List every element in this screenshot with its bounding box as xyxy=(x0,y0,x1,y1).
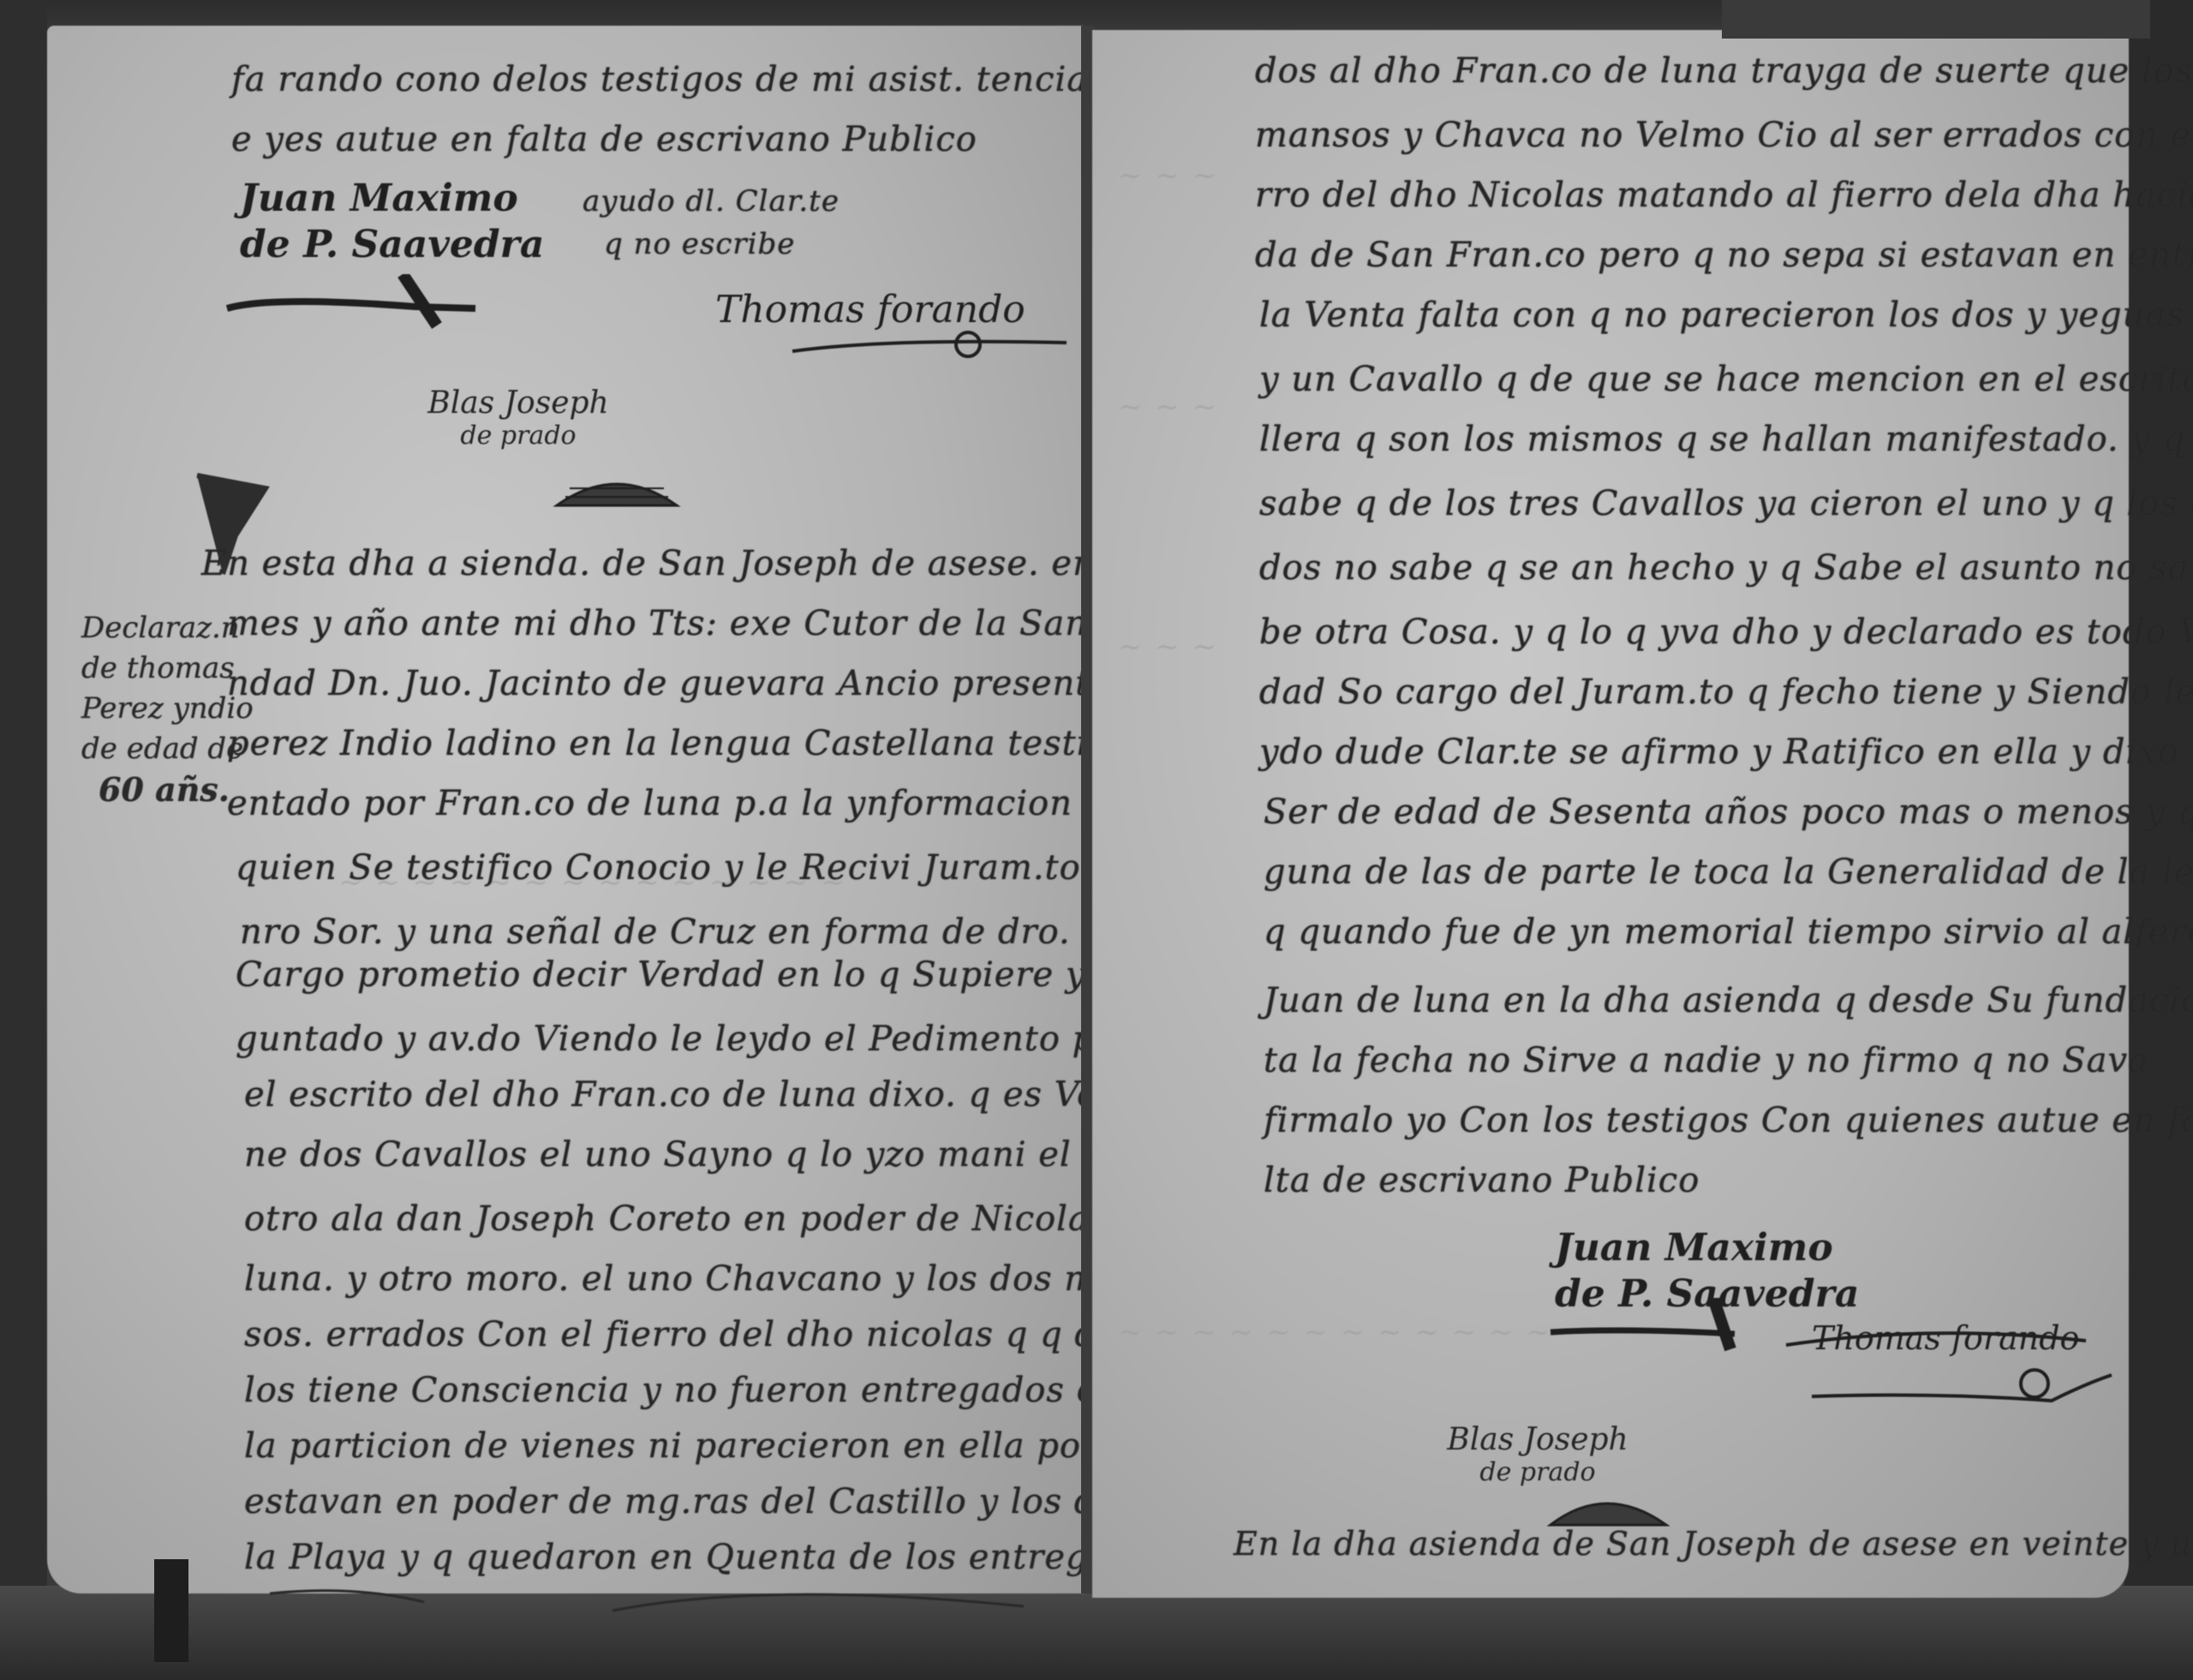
text-line: la Venta falta con q no parecieron los d… xyxy=(1259,296,2185,335)
text-line: ydo dude Clar.te se afirmo y Ratifico en… xyxy=(1259,732,2179,772)
page-edge-notch xyxy=(1722,0,2150,39)
text-line: fa rando cono delos testigos de mi asist… xyxy=(231,60,1222,99)
text-line: ta la fecha no Sirve a nadie y no firmo … xyxy=(1264,1041,2149,1080)
bleed-through-text: ~ ~ ~ ~ ~ ~ ~ ~ ~ ~ ~ ~ xyxy=(1118,1315,1552,1349)
text-line: y un Cavallo q de que se hace mencion en… xyxy=(1259,360,2193,399)
left-folio: ~ ~ ~ ~ ~ ~ ~ ~ ~ ~ ~ ~ ~ ~ fa rando con… xyxy=(47,26,1084,1593)
right-folio: ~ ~ ~ ~ ~ ~ ~ ~ ~ ~ ~ ~ ~ ~ ~ ~ ~ ~ ~ ~ … xyxy=(1092,30,2129,1598)
text-line: la Playa y q quedaron en Quenta de los e… xyxy=(244,1538,1110,1577)
text-line: mansos y Chavca no Velmo Cio al ser erra… xyxy=(1255,116,2193,155)
text-line: lta de escrivano Publico xyxy=(1264,1161,1700,1200)
witness-note: ayudo dl. Clar.te xyxy=(583,184,840,218)
signature-juan-maximo: Juan Maximo de P. Saavedra xyxy=(240,176,544,268)
text-line: rro del dho Nicolas matando al fierro de… xyxy=(1255,176,2193,215)
bleed-through-text: ~ ~ ~ xyxy=(1118,158,1218,193)
text-line: q quando fue de yn memorial tiempo sirvi… xyxy=(1264,912,2193,952)
signature-rubric-icon xyxy=(218,274,527,343)
text-line: En la dha asienda de San Joseph de asese… xyxy=(1234,1525,2193,1563)
text-line: e yes autue en falta de escrivano Public… xyxy=(231,120,977,159)
signature-rubric-icon xyxy=(1760,1298,2120,1426)
text-line: llera q son los mismos q se hallan manif… xyxy=(1259,420,2185,459)
text-line: sos. errados Con el fierro del dho nicol… xyxy=(244,1315,1138,1354)
text-line: luna. y otro moro. el uno Chavcano y los… xyxy=(244,1259,1142,1299)
signature-rubric-icon xyxy=(1538,1298,1795,1366)
text-line: sabe q de los tres Cavallos ya cieron el… xyxy=(1259,484,2193,523)
text-line: da de San Fran.co pero q no sepa si esta… xyxy=(1255,236,2193,275)
witness-note: q no escribe xyxy=(604,227,795,261)
notarial-mark-icon xyxy=(548,454,685,523)
text-line: Juan de luna en la dha asienda q desde S… xyxy=(1264,981,2193,1020)
bleed-through-text: ~ ~ ~ xyxy=(1118,630,1218,664)
text-line: la particion de vienes ni parecieron en … xyxy=(244,1426,1186,1466)
text-line: nro Sor. y una señal de Cruz en forma de… xyxy=(240,912,1208,952)
text-line: estavan en poder de mg.ras del Castillo … xyxy=(244,1482,1192,1522)
microfilm-border-left xyxy=(0,0,47,1680)
text-line: firmalo yo Con los testigos Con quienes … xyxy=(1264,1101,2193,1140)
signature-rubric-icon xyxy=(784,326,1092,377)
text-line: be otra Cosa. y q lo q yva dho y declara… xyxy=(1259,613,2193,652)
text-line: Ser de edad de Sesenta años poco mas o m… xyxy=(1264,792,2193,832)
text-line: dos al dho Fran.co de luna trayga de sue… xyxy=(1255,51,2193,91)
text-line: otro ala dan Joseph Coreto en poder de N… xyxy=(244,1199,1163,1239)
text-line: dad So cargo del Juram.to q fecho tiene … xyxy=(1259,673,2193,712)
section-heading: Blas Joseph de prado xyxy=(390,386,647,451)
closing-flourish-icon xyxy=(253,1576,1075,1628)
bleed-through-text: ~ ~ ~ xyxy=(1118,390,1218,424)
archive-tab xyxy=(154,1559,188,1662)
text-line: los tiene Consciencia y no fueron entreg… xyxy=(244,1371,1120,1410)
text-line: dos no sabe q se an hecho y q Sabe el as… xyxy=(1259,548,2190,588)
text-line: guna de las de parte le toca la Generali… xyxy=(1264,852,2193,892)
text-line: perez Indio ladino en la lengua Castella… xyxy=(227,724,1224,763)
